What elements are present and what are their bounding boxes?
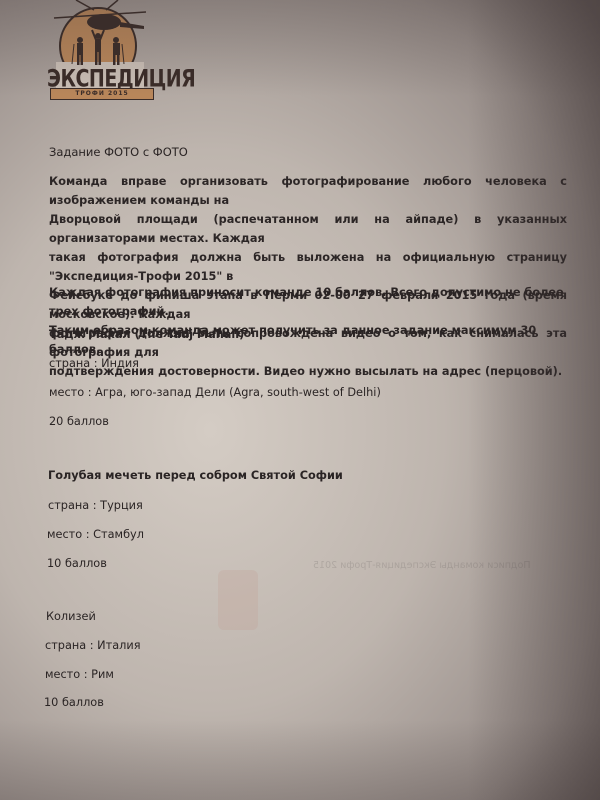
- scoring-line: Каждая фотография приносит команде 10 ба…: [49, 283, 569, 321]
- bleed-through-text: Подписи команды Экспедиция-Трофи 2015: [313, 560, 530, 571]
- item-place: место : Агра, юго-запад Дели (Agra, sout…: [49, 383, 381, 402]
- bleed-through-stamp: [218, 570, 258, 630]
- item-title: Колизей: [46, 607, 96, 626]
- item-title: Тадж Махал (The Tadj Mahall): [49, 325, 244, 344]
- item-points: 10 баллов: [47, 554, 107, 573]
- item-country: страна : Индия: [49, 354, 139, 373]
- item-points: 10 баллов: [44, 693, 104, 712]
- task-heading: Задание ФОТО с ФОТО: [49, 143, 188, 162]
- description-line: Дворцовой площади (распечатанном или на …: [49, 210, 567, 248]
- item-title: Голубая мечеть перед собром Святой Софии: [48, 466, 343, 485]
- item-country: страна : Турция: [48, 496, 143, 515]
- description-line: такая фотография должна быть выложена на…: [49, 248, 567, 286]
- item-points: 20 баллов: [49, 412, 109, 431]
- item-country: страна : Италия: [45, 636, 141, 655]
- description-line: Команда вправе организовать фотографиров…: [49, 172, 567, 210]
- logo-subtitle: ТРОФИ 2015: [50, 88, 154, 100]
- item-place: место : Стамбул: [47, 525, 144, 544]
- item-place: место : Рим: [45, 665, 114, 684]
- scoring-rules: Каждая фотография приносит команде 10 ба…: [49, 283, 569, 359]
